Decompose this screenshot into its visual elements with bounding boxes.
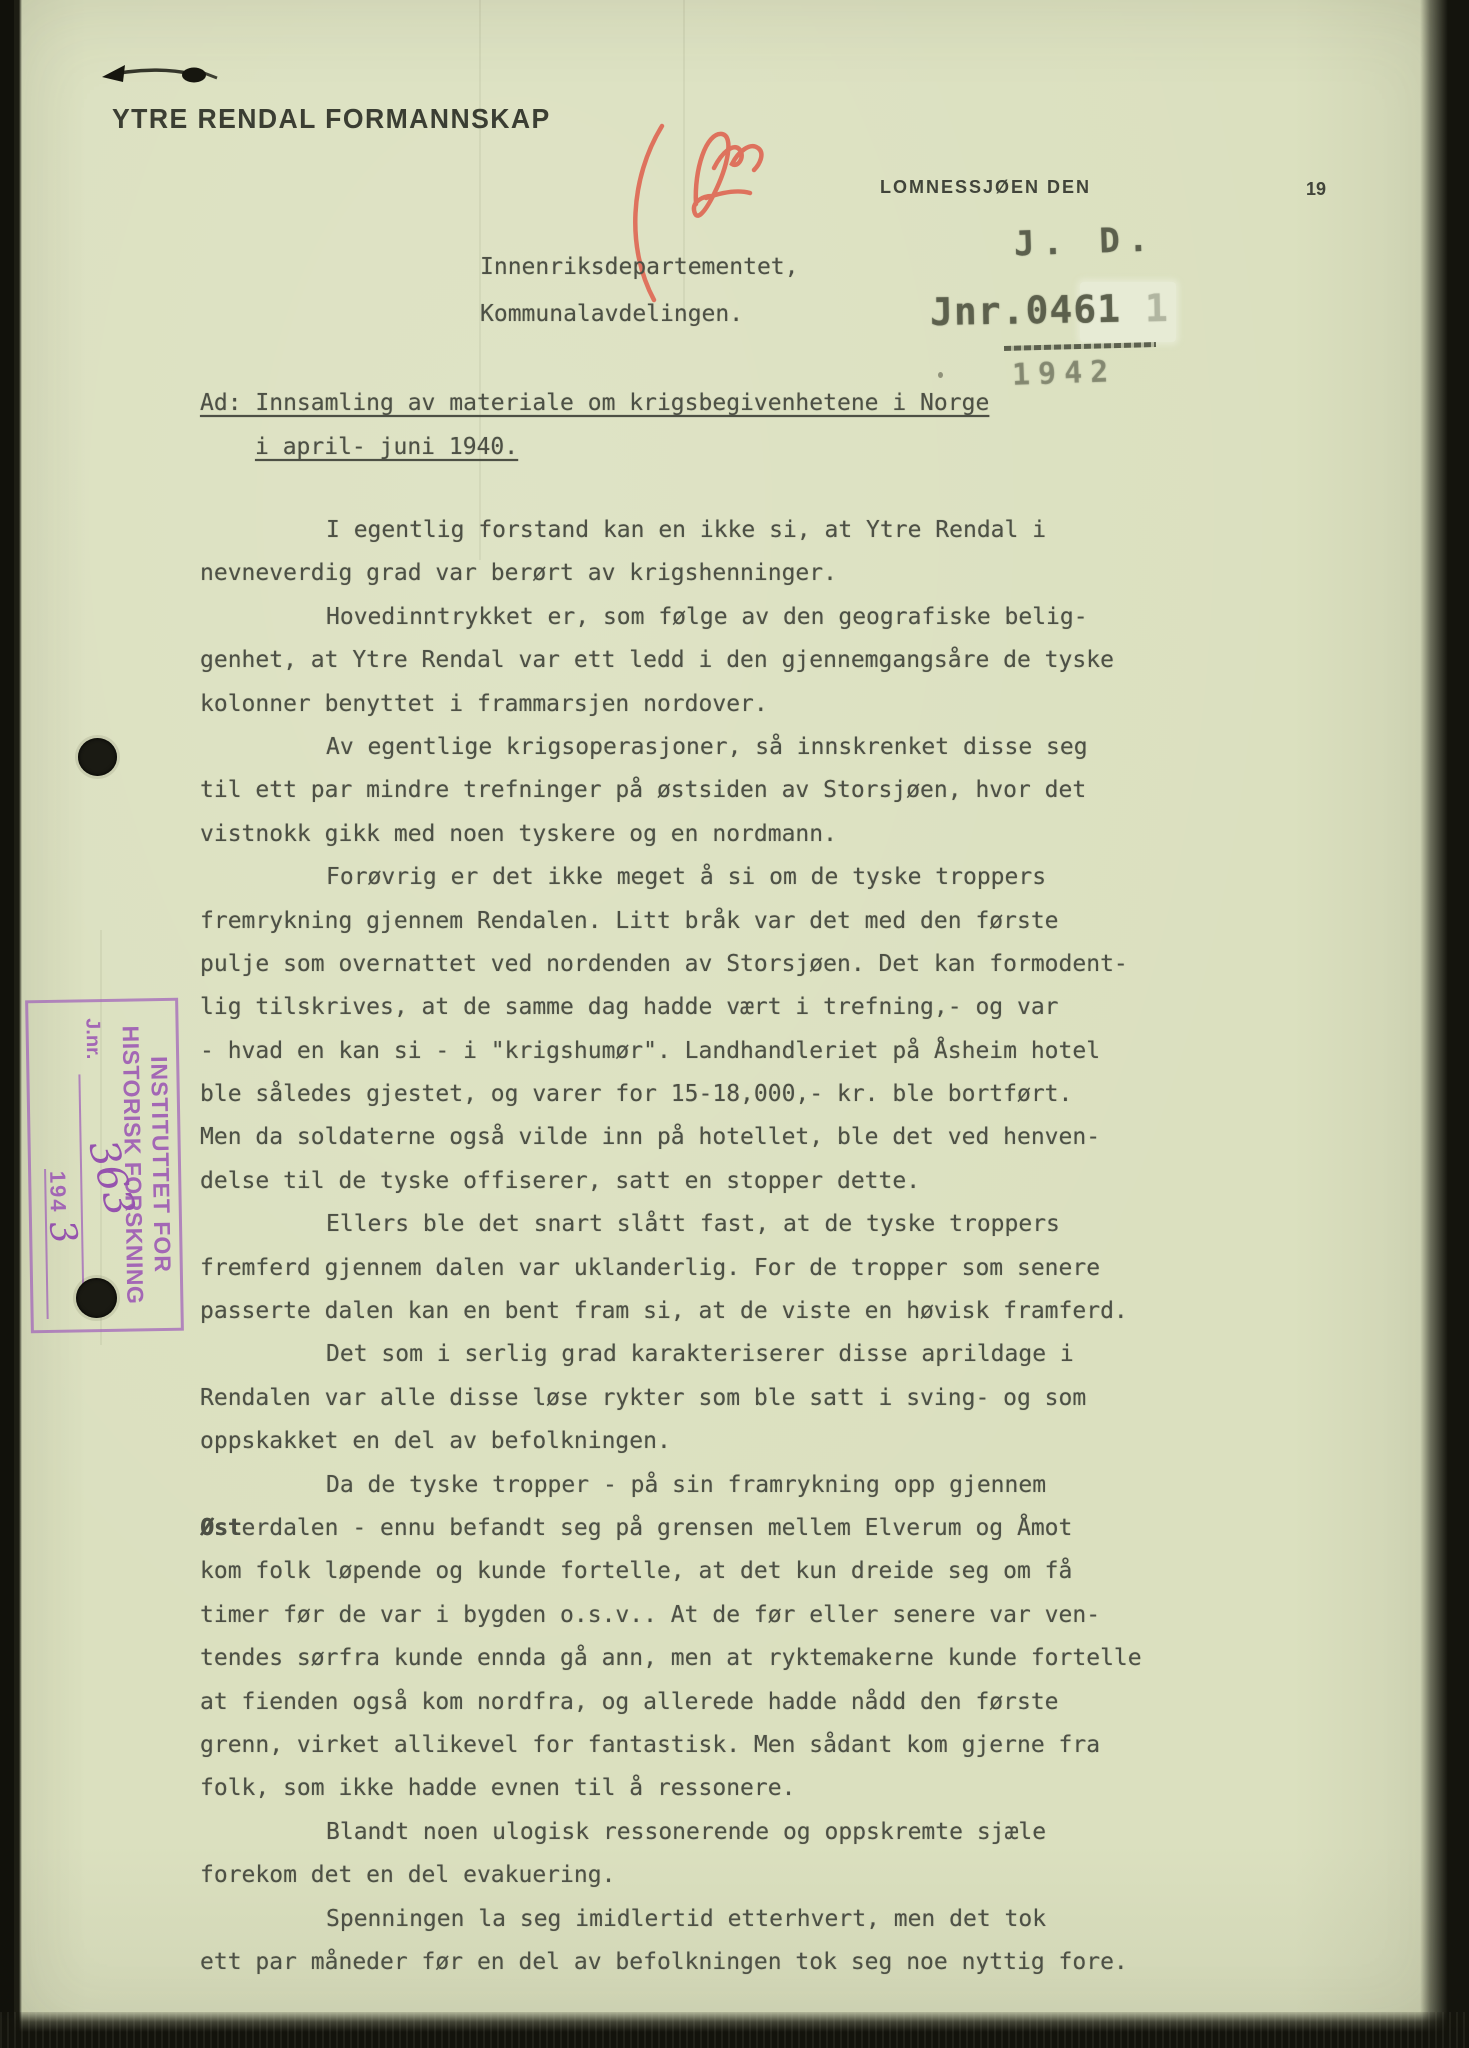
body-line: Rendalen var alle disse løse rykter som … xyxy=(200,1377,1455,1420)
letterhead-organization: YTRE RENDAL FORMANNSKAP xyxy=(112,103,551,135)
body-line: Da de tyske tropper - på sin framrykning… xyxy=(200,1464,1455,1507)
body-line: tendes sørfra kunde ennda gå ann, men at… xyxy=(200,1637,1455,1680)
body-line: genhet, at Ytre Rendal var ett ledd i de… xyxy=(200,639,1455,682)
body-line: at fienden også kom nordfra, og allerede… xyxy=(200,1681,1455,1724)
body-line: Blandt noen ulogisk ressonerende og opps… xyxy=(200,1811,1455,1854)
body-line: vistnokk gikk med noen tyskere og en nor… xyxy=(200,813,1455,856)
body-line: Forøvrig er det ikke meget å si om de ty… xyxy=(200,856,1455,899)
body-text: I egentlig forstand kan en ikke si, at Y… xyxy=(200,509,1455,1984)
body-line: pulje som overnattet ved nordenden av St… xyxy=(200,943,1455,986)
jd-stamp: J. D. xyxy=(1013,220,1157,265)
body-line: nevneverdig grad var berørt av krigshenn… xyxy=(200,552,1455,595)
body-line: oppskakket en del av befolkningen. xyxy=(200,1420,1455,1463)
journal-number-extra: 1 xyxy=(1121,286,1170,331)
body-line: kom folk løpende og kunde fortelle, at d… xyxy=(200,1550,1455,1593)
institute-stamp-year-printed: 194 xyxy=(44,1171,71,1214)
body-line: grenn, virket allikevel for fantastisk. … xyxy=(200,1724,1455,1767)
body-line: timer før de var i bygden o.s.v.. At de … xyxy=(200,1594,1455,1637)
body-line: lig tilskrives, at de samme dag hadde væ… xyxy=(200,986,1455,1029)
stamp-underline xyxy=(1004,342,1156,351)
scanned-letter-page: YTRE RENDAL FORMANNSKAP LOMNESSJØEN DEN … xyxy=(0,0,1469,2048)
recipient-line-1: Innenriksdepartementet, xyxy=(480,254,799,280)
institute-stamp-rule xyxy=(78,1074,84,1302)
journal-number-stamp: Jnr.0461 1 xyxy=(930,286,1170,334)
scan-edge-left xyxy=(0,0,22,2048)
hole-punch-bottom xyxy=(76,1278,117,1318)
body-line: Østerdalen - ennu befandt seg på grensen… xyxy=(200,1507,1455,1550)
paper-crease xyxy=(479,0,481,560)
scan-edge-bottom xyxy=(0,2012,1469,2048)
recipient-line-2: Kommunalavdelingen. xyxy=(480,301,743,327)
subject-line-1: Ad: Innsamling av materiale om krigsbegi… xyxy=(200,390,989,416)
scan-edge-right xyxy=(1420,0,1469,2048)
body-line: - hvad en kan si - i "krigshumør". Landh… xyxy=(200,1030,1455,1073)
body-line: ett par måneder før en del av befolkning… xyxy=(200,1941,1455,1984)
letterhead-year-prefix: 19 xyxy=(1306,179,1326,200)
subject-line-2: i april- juni 1940. xyxy=(255,434,518,460)
body-line: Spenningen la seg imidlertid etterhvert,… xyxy=(200,1898,1455,1941)
letterhead-place-date-line: LOMNESSJØEN DEN xyxy=(880,177,1091,198)
body-line: ble således gjestet, og varer for 15-18,… xyxy=(200,1073,1455,1116)
hole-punch-top xyxy=(78,738,117,776)
body-line: delse til de tyske offiserer, satt en st… xyxy=(200,1160,1455,1203)
institute-stamp-jnr-label: J.nr. xyxy=(80,1018,104,1060)
body-line: I egentlig forstand kan en ikke si, at Y… xyxy=(200,509,1455,552)
body-line: Men da soldaterne også vilde inn på hote… xyxy=(200,1116,1455,1159)
ink-smudge-mark xyxy=(98,56,220,92)
body-line: Det som i serlig grad karakteriserer dis… xyxy=(200,1333,1455,1376)
body-line: folk, som ikke hadde evnen til å ressone… xyxy=(200,1767,1455,1810)
overtyped-text: Øst xyxy=(200,1515,242,1541)
institute-stamp-line-1: INSTITUTTET FOR xyxy=(144,1001,177,1328)
year-stamp: 1942 xyxy=(1011,354,1116,393)
body-line: kolonner benyttet i frammarsjen nordover… xyxy=(200,683,1455,726)
body-line: fremferd gjennem dalen var uklanderlig. … xyxy=(200,1247,1455,1290)
body-line: Hovedinntrykket er, som følge av den geo… xyxy=(200,596,1455,639)
body-line: forekom det en del evakuering. xyxy=(200,1854,1455,1897)
body-line: passerte dalen kan en bent fram si, at d… xyxy=(200,1290,1455,1333)
body-line: til ett par mindre trefninger på østside… xyxy=(200,769,1455,812)
body-line: Av egentlige krigsoperasjoner, så innskr… xyxy=(200,726,1455,769)
body-line: Ellers ble det snart slått fast, at de t… xyxy=(200,1203,1455,1246)
journal-number-value: Jnr.0461 xyxy=(930,287,1122,334)
body-line: fremrykning gjennem Rendalen. Litt bråk … xyxy=(200,900,1455,943)
stray-ink-dot xyxy=(938,372,943,378)
